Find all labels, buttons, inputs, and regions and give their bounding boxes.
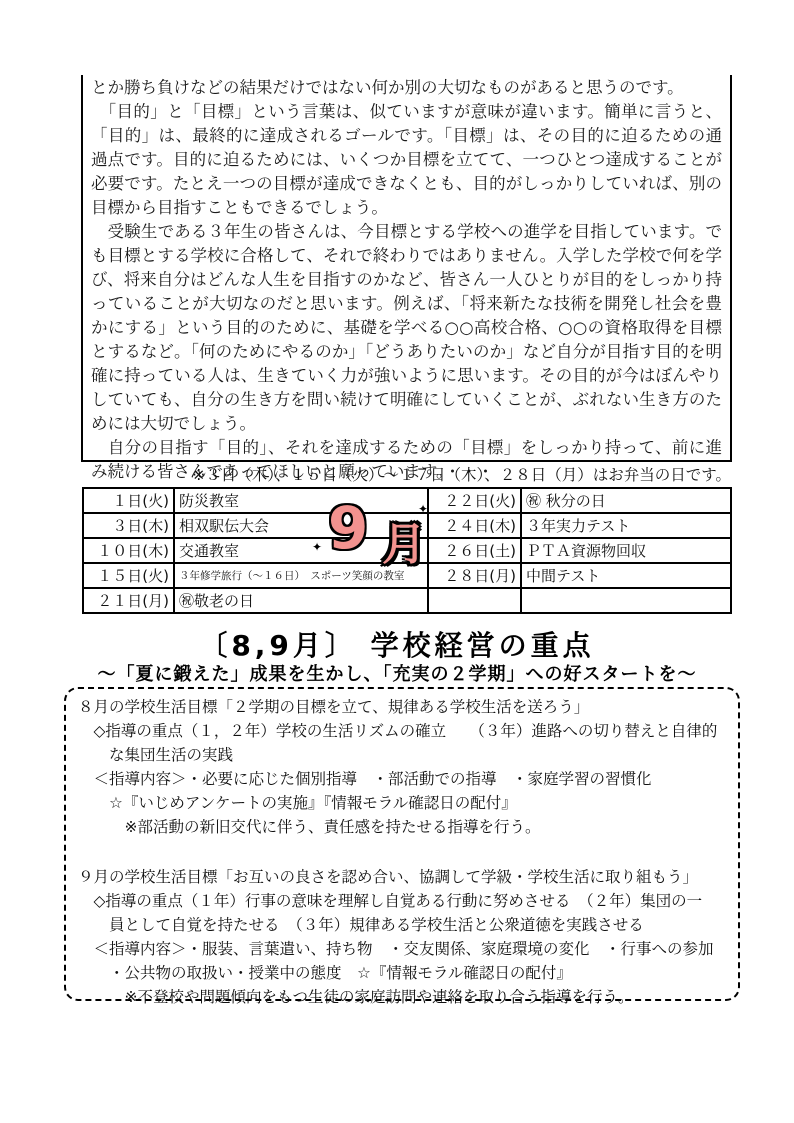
- section-heading: 〔8,9月〕 学校経営の重点: [0, 624, 794, 664]
- calendar-date: ２２日(火): [428, 488, 521, 513]
- calendar-event: ㊗敬老の日: [174, 588, 428, 613]
- policy-line-august: な集団生活の実践: [78, 743, 728, 767]
- policy-line-september: ・公共物の取扱い・授業中の態度 ☆『情報モラル確認日の配付』: [78, 961, 728, 985]
- calendar-date: １５日(火): [83, 563, 174, 588]
- policy-line-september: ◇指導の重点（１年）行事の意味を理解し自覚ある行動に努めさせる （２年）集団の一: [78, 889, 728, 913]
- principal-message-box: とか勝ち負けなどの結果だけではない何か別の大切なものがあると思うのです。 「目的…: [81, 75, 732, 462]
- policy-line-september: ９月の学校生活目標「お互いの良さを認め合い、協調して学級・学校生活に取り組もう」: [78, 865, 728, 889]
- calendar-event: 中間テスト: [521, 563, 731, 588]
- calendar-row: ２１日(月) ㊗敬老の日: [83, 588, 731, 613]
- school-policy-box: ８月の学校生活目標「２学期の目標を立て、規律ある学校生活を送ろう」 ◇指導の重点…: [64, 687, 740, 1001]
- message-paragraph: とか勝ち負けなどの結果だけではない何か別の大切なものがあると思うのです。: [91, 76, 722, 100]
- policy-line-september: ※不登校や問題傾向をもつ生徒の家庭訪問や連絡を取り合う指導を行う。: [78, 985, 728, 1009]
- section-subtitle: ～「夏に鍛えた」成果を生かし、「充実の２学期」への好スタートを～: [0, 660, 794, 686]
- september-calendar-table: １日(火) 防災教室 ２２日(火) ㊗ 秋分の日 ３日(木) 相双駅伝大会 ２４…: [82, 487, 732, 614]
- calendar-row: １５日(火) ３年修学旅行（～１６日） スポーツ笑顔の教室 ２８日(月) 中間テ…: [83, 563, 731, 588]
- policy-line-august: ８月の学校生活目標「２学期の目標を立て、規律ある学校生活を送ろう」: [78, 695, 728, 719]
- policy-line-september: 員として自覚を持たせる （３年）規律ある学校生活と公衆道徳を実践させる: [78, 913, 728, 937]
- calendar-row: １０日(木) 交通教室 ２６日(土) ＰＴＡ資源物回収: [83, 538, 731, 563]
- calendar-event: 相双駅伝大会: [174, 513, 428, 538]
- message-paragraph: 受験生である３年生の皆さんは、今目標とする学校への進学を目指しています。でも目標…: [91, 220, 722, 436]
- calendar-date: [428, 588, 521, 613]
- bento-day-note: ※３日（木）、１５日（火）～１７日（木）、２８日（月）はお弁当の日です。: [81, 464, 731, 486]
- newsletter-page: とか勝ち負けなどの結果だけではない何か別の大切なものがあると思うのです。 「目的…: [0, 0, 794, 1123]
- calendar-row: １日(火) 防災教室 ２２日(火) ㊗ 秋分の日: [83, 488, 731, 513]
- section-gap: [78, 839, 728, 865]
- calendar-event: ＰＴＡ資源物回収: [521, 538, 731, 563]
- policy-line-august: ◇指導の重点（１，２年）学校の生活リズムの確立 （３年）進路への切り替えと自律的: [78, 719, 728, 743]
- policy-line-august: ＜指導内容＞・必要に応じた個別指導 ・部活動での指導 ・家庭学習の習慣化: [78, 767, 728, 791]
- calendar-date: ２６日(土): [428, 538, 521, 563]
- calendar-event: 防災教室: [174, 488, 428, 513]
- calendar-event: ㊗ 秋分の日: [521, 488, 731, 513]
- calendar-date: ２４日(木): [428, 513, 521, 538]
- calendar-date: ３日(木): [83, 513, 174, 538]
- calendar-date: ２１日(月): [83, 588, 174, 613]
- calendar-event: ３年修学旅行（～１６日） スポーツ笑顔の教室: [174, 563, 428, 588]
- calendar-event: [521, 588, 731, 613]
- calendar-event: ３年実力テスト: [521, 513, 731, 538]
- policy-line-september: ＜指導内容＞・服装、言葉遣い、持ち物 ・交友関係、家庭環境の変化 ・行事への参加: [78, 937, 728, 961]
- calendar-date: ２８日(月): [428, 563, 521, 588]
- calendar-row: ３日(木) 相双駅伝大会 ２４日(木) ３年実力テスト: [83, 513, 731, 538]
- calendar-date: １０日(木): [83, 538, 174, 563]
- calendar-event: 交通教室: [174, 538, 428, 563]
- policy-line-august: ☆『いじめアンケートの実施』『情報モラル確認日の配付』: [78, 791, 728, 815]
- policy-line-august: ※部活動の新旧交代に伴う、責任感を持たせる指導を行う。: [78, 815, 728, 839]
- message-paragraph: 「目的」と「目標」という言葉は、似ていますが意味が違います。簡単に言うと、「目的…: [91, 100, 722, 220]
- calendar-date: １日(火): [83, 488, 174, 513]
